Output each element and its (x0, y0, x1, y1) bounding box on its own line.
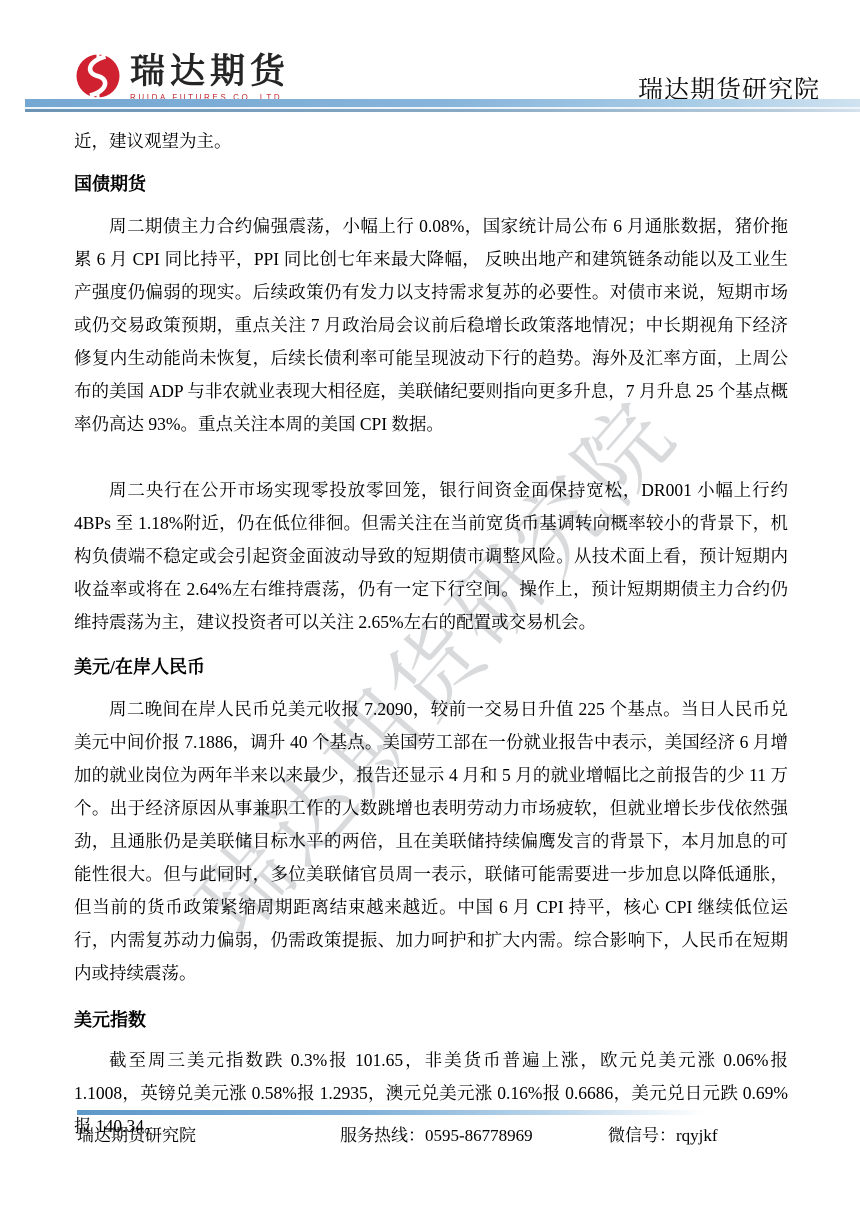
footer-divider-bar (77, 1110, 705, 1115)
logo-brand-text: 瑞达期货 (130, 52, 290, 92)
footer-hotline-label: 服务热线： (340, 1126, 425, 1145)
section-heading-bond-futures: 国债期货 (74, 172, 788, 196)
company-logo: 瑞达期货 RUIDA FUTURES CO.,LTD. (74, 52, 290, 102)
report-page: 瑞达期货研究院 瑞达期货 RUIDA FUTURES CO.,LTD. 瑞达期货… (0, 0, 860, 1217)
section-heading-usd-index: 美元指数 (74, 1008, 788, 1032)
footer-wechat: 微信号：rqyjkf (608, 1123, 718, 1149)
section-heading-usd-cny: 美元/在岸人民币 (74, 655, 788, 679)
report-body: 近，建议观望为主。 国债期货 周二期债主力合约偏强震荡，小幅上行 0.08%，国… (74, 125, 788, 1143)
intro-paragraph: 近，建议观望为主。 (74, 125, 788, 158)
ruida-logo-icon (74, 52, 122, 100)
paragraph: 周二期债主力合约偏强震荡，小幅上行 0.08%，国家统计局公布 6 月通胀数据，… (74, 210, 788, 441)
header-divider-bar (25, 99, 860, 112)
footer-hotline: 服务热线：0595-86778969 (340, 1123, 533, 1149)
paragraph: 周二央行在公开市场实现零投放零回笼，银行间资金面保持宽松，DR001 小幅上行约… (74, 474, 788, 639)
footer: 瑞达期货研究院 服务热线：0595-86778969 微信号：rqyjkf (77, 1123, 785, 1149)
footer-hotline-number: 0595-86778969 (425, 1126, 533, 1145)
footer-wechat-label: 微信号： (608, 1126, 676, 1145)
footer-wechat-id: rqyjkf (676, 1126, 718, 1145)
footer-org-name: 瑞达期货研究院 (77, 1123, 196, 1149)
paragraph: 周二晚间在岸人民币兑美元收报 7.2090，较前一交易日升值 225 个基点。当… (74, 693, 788, 990)
